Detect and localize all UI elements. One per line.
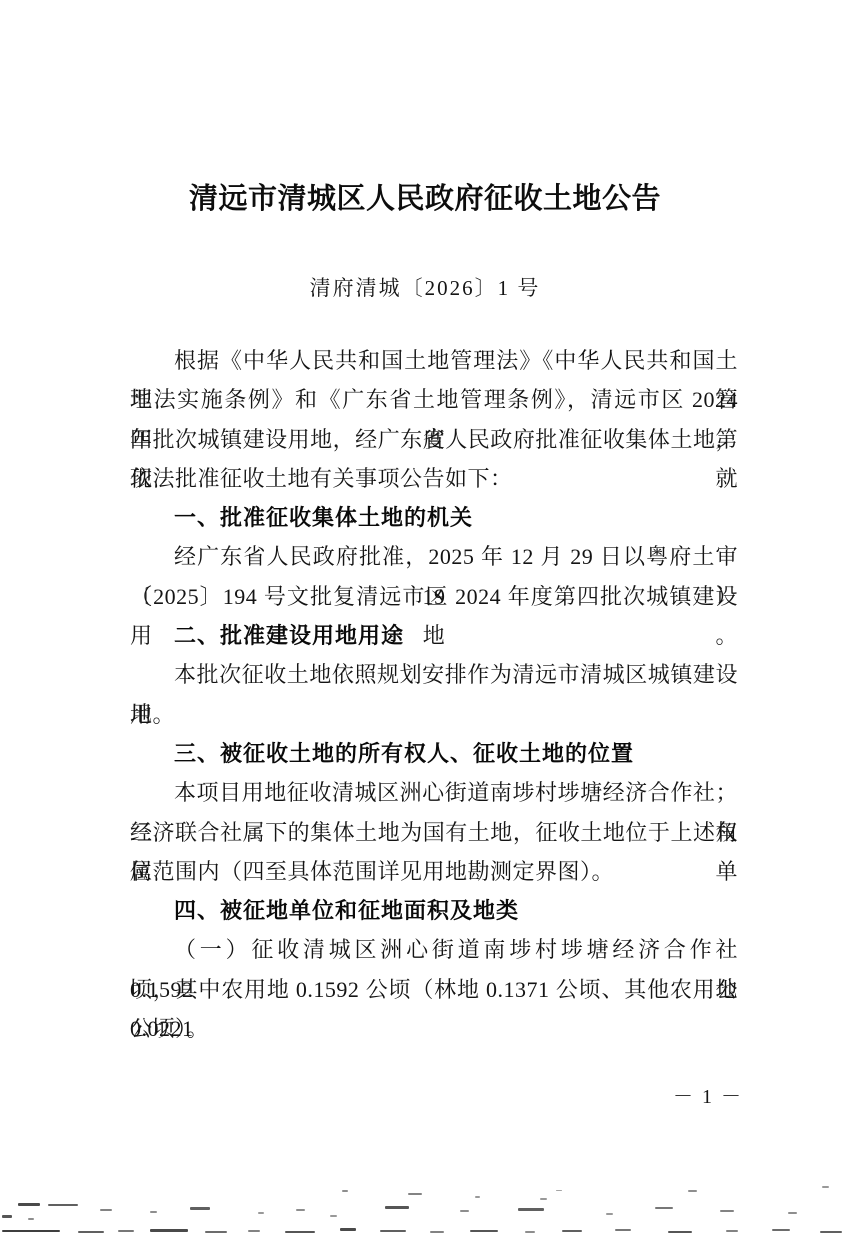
scan-noise-mark bbox=[788, 1212, 797, 1214]
scan-noise-mark bbox=[470, 1230, 498, 1232]
scan-noise-mark bbox=[205, 1231, 227, 1233]
scan-noise-mark bbox=[248, 1230, 260, 1232]
scan-noise-mark bbox=[688, 1190, 697, 1192]
body-text-line: （一）征收清城区洲心街道南埗村埗塘经济合作社 0.1592 公 bbox=[130, 930, 738, 969]
body-text-line: 根据《中华人民共和国土地管理法》《中华人民共和国土地管 bbox=[130, 341, 738, 380]
scan-noise-mark bbox=[78, 1231, 104, 1233]
scan-noise-mark bbox=[430, 1231, 444, 1233]
body-text-line: 地。 bbox=[130, 695, 738, 734]
scan-noise-mark bbox=[772, 1229, 790, 1231]
scan-noise-mark bbox=[726, 1230, 738, 1232]
scan-noise-mark bbox=[562, 1230, 582, 1232]
scan-noise-mark bbox=[190, 1207, 210, 1210]
scan-noise-mark bbox=[340, 1228, 356, 1231]
scan-noise-mark bbox=[342, 1190, 348, 1192]
scan-noise-mark bbox=[150, 1229, 188, 1232]
document-title: 清远市清城区人民政府征收土地公告 bbox=[0, 179, 850, 219]
body-text-line: 四批次城镇建设用地，经广东省人民政府批准征收集体土地，现就 bbox=[130, 420, 738, 459]
scan-noise-mark bbox=[606, 1213, 613, 1215]
scan-noise-mark bbox=[150, 1211, 157, 1213]
scan-noise-mark bbox=[518, 1208, 544, 1211]
scan-noise-mark bbox=[296, 1209, 305, 1211]
scanned-document-page: 清远市清城区人民政府征收土地公告 清府清城〔2026〕1 号 根据《中华人民共和… bbox=[0, 0, 850, 1234]
body-text-line: 公顷）。 bbox=[130, 1009, 738, 1048]
scan-noise-mark bbox=[2, 1215, 12, 1218]
scan-noise-mark bbox=[285, 1231, 315, 1233]
scan-noise-mark bbox=[540, 1198, 547, 1200]
scan-noise-mark bbox=[100, 1209, 112, 1211]
body-text-line: 经济联合社属下的集体土地为国有土地，征收土地位于上述权属单 bbox=[130, 813, 738, 852]
scan-noise-mark bbox=[118, 1230, 134, 1232]
section-heading-line: 一、批准征收集体土地的机关 bbox=[130, 498, 738, 537]
scan-noise-mark bbox=[28, 1218, 34, 1220]
scan-noise-mark bbox=[668, 1231, 692, 1233]
body-text-line: 〔2025〕194 号文批复清远市区 2024 年度第四批次城镇建设用地。 bbox=[130, 577, 738, 616]
scan-noise-mark bbox=[475, 1196, 480, 1198]
scan-noise-mark bbox=[380, 1230, 406, 1232]
scan-noise-mark bbox=[655, 1207, 673, 1209]
section-heading-line: 四、被征地单位和征地面积及地类 bbox=[130, 891, 738, 930]
body-text-line: 本项目用地征收清城区洲心街道南埗村埗塘经济合作社；三角 bbox=[130, 773, 738, 812]
body-text-line: 顷，其中农用地 0.1592 公顷（林地 0.1371 公顷、其他农用地0.02… bbox=[130, 970, 738, 1009]
scan-noise-mark bbox=[615, 1229, 631, 1231]
scan-noise-mark bbox=[2, 1230, 60, 1232]
scan-noise-mark bbox=[18, 1203, 40, 1206]
document-number: 清府清城〔2026〕1 号 bbox=[0, 275, 850, 301]
scan-noise-mark bbox=[408, 1193, 422, 1195]
scan-noise-mark bbox=[720, 1210, 734, 1212]
scan-noise-mark bbox=[525, 1231, 535, 1233]
body-text-line: 理法实施条例》和《广东省土地管理条例》，清远市区 2024 年度第 bbox=[130, 380, 738, 419]
document-body: 根据《中华人民共和国土地管理法》《中华人民共和国土地管理法实施条例》和《广东省土… bbox=[130, 341, 738, 1048]
scan-noise-mark bbox=[460, 1210, 469, 1212]
body-text-line: 本批次征收土地依照规划安排作为清远市清城区城镇建设用 bbox=[130, 655, 738, 694]
scan-noise-mark bbox=[258, 1212, 264, 1214]
scan-noise-mark bbox=[556, 1190, 562, 1191]
scan-noise-mark bbox=[385, 1206, 409, 1209]
scan-noise-mark bbox=[820, 1231, 842, 1233]
scan-noise-mark bbox=[48, 1204, 78, 1206]
page-number: － 1 － bbox=[663, 1080, 753, 1109]
body-text-line: 经广东省人民政府批准，2025 年 12 月 29 日以粤府土审（19） bbox=[130, 537, 738, 576]
section-heading-line: 三、被征收土地的所有权人、征收土地的位置 bbox=[130, 734, 738, 773]
scan-noise-mark bbox=[330, 1215, 337, 1217]
scan-noise-mark bbox=[822, 1186, 829, 1188]
